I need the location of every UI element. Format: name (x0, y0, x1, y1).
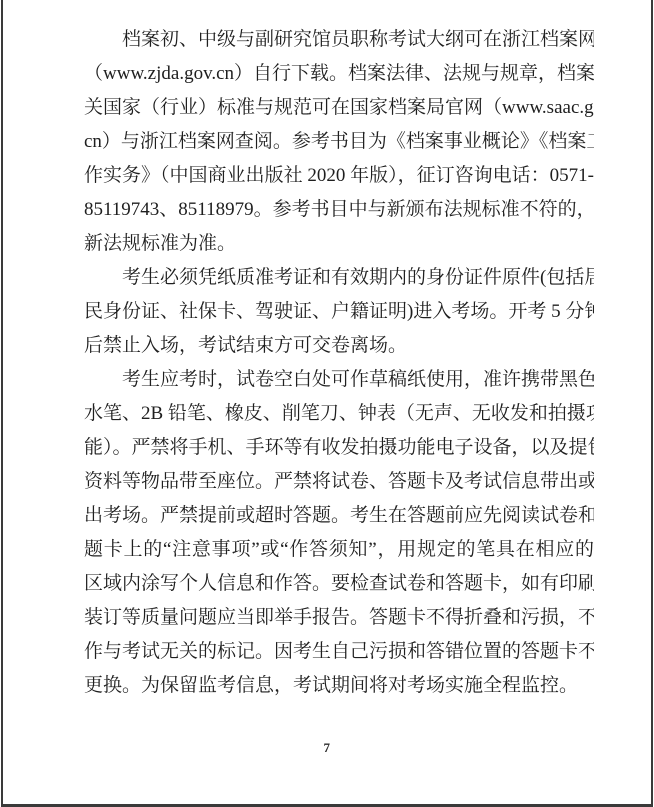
document-page: 档案初、中级与副研究馆员职称考试大纲可在浙江档案网 （www.zjda.gov.… (1, 0, 653, 807)
text-line: 作与考试无关的标记。因考生自己污损和答错位置的答题卡不得 (84, 635, 594, 669)
text-line: 能）。严禁将手机、手环等有收发拍摄功能电子设备，以及提包、 (84, 431, 594, 465)
paragraph: 档案初、中级与副研究馆员职称考试大纲可在浙江档案网 （www.zjda.gov.… (84, 23, 594, 261)
paragraph: 考生必须凭纸质准考证和有效期内的身份证件原件(包括居 民身份证、社保卡、驾驶证、… (84, 261, 594, 363)
text-line: 档案初、中级与副研究馆员职称考试大纲可在浙江档案网 (84, 23, 594, 57)
page-number: 7 (3, 740, 651, 756)
text-line: 民身份证、社保卡、驾驶证、户籍证明)进入考场。开考 5 分钟 (84, 295, 594, 329)
text-line: 考生必须凭纸质准考证和有效期内的身份证件原件(包括居 (84, 261, 594, 295)
text-line: 出考场。严禁提前或超时答题。考生在答题前应先阅读试卷和答 (84, 499, 594, 533)
text-line: cn）与浙江档案网查阅。参考书目为《档案事业概论》《档案工 (84, 125, 594, 159)
text-line: 区域内涂写个人信息和作答。要检查试卷和答题卡，如有印刷、 (84, 567, 594, 601)
text-line: 85119743、85118979。参考书目中与新颁布法规标准不符的，以 (84, 193, 594, 227)
text-line: 更换。为保留监考信息，考试期间将对考场实施全程监控。 (84, 669, 594, 703)
body-text: 档案初、中级与副研究馆员职称考试大纲可在浙江档案网 （www.zjda.gov.… (3, 0, 651, 703)
paragraph: 考生应考时，试卷空白处可作草稿纸使用，准许携带黑色墨 水笔、2B 铅笔、橡皮、削… (84, 363, 594, 703)
text-line: 新法规标准为准。 (84, 227, 594, 261)
text-line: 水笔、2B 铅笔、橡皮、削笔刀、钟表（无声、无收发和拍摄功 (84, 397, 594, 431)
text-line: 装订等质量问题应当即举手报告。答题卡不得折叠和污损，不得 (84, 601, 594, 635)
text-line: 后禁止入场，考试结束方可交卷离场。 (84, 329, 594, 363)
text-line: 考生应考时，试卷空白处可作草稿纸使用，准许携带黑色墨 (84, 363, 594, 397)
text-line: 作实务》（中国商业出版社 2020 年版），征订咨询电话：0571- (84, 159, 594, 193)
text-line: 关国家（行业）标准与规范可在国家档案局官网（www.saac.gov. (84, 91, 594, 125)
text-line: 资料等物品带至座位。严禁将试卷、答题卡及考试信息带出或传 (84, 465, 594, 499)
text-line: 题卡上的“注意事项”或“作答须知”，用规定的笔具在相应的 (84, 533, 594, 567)
text-line: （www.zjda.gov.cn）自行下载。档案法律、法规与规章，档案相 (84, 57, 594, 91)
